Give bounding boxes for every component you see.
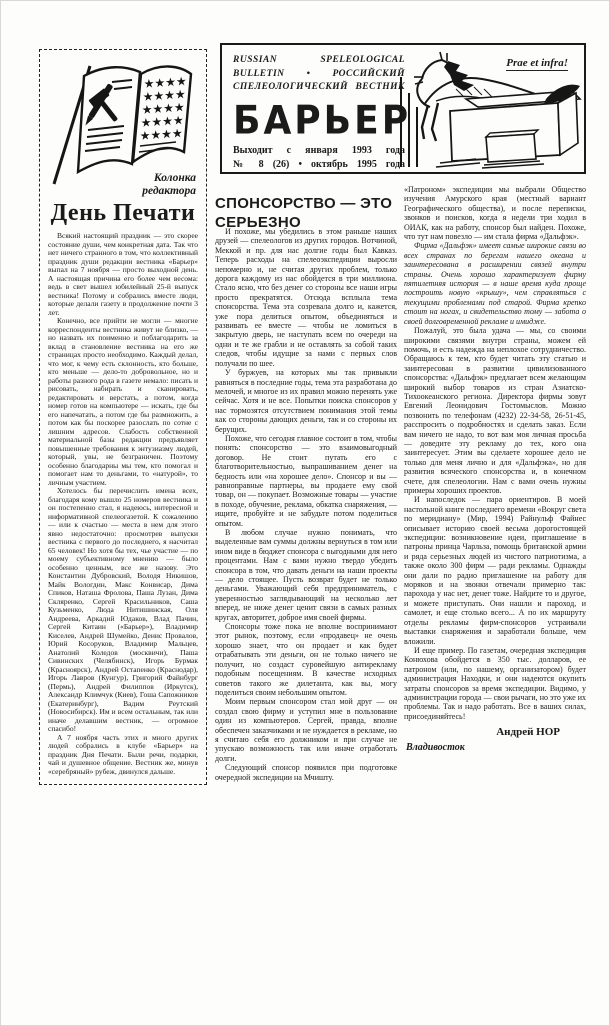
editor-paragraph: Всякий настоящий праздник — это скорее с… [48, 232, 198, 317]
paper-name: БАРЬЕР [233, 101, 405, 142]
editor-paragraph: Конечно, все прийти не могли — многие ко… [48, 317, 198, 487]
editor-article-body: Всякий настоящий праздник — это скорее с… [48, 232, 198, 776]
article-paragraph: И еще пример. По газетам, очередная эксп… [404, 646, 586, 721]
article-paragraph: И похоже, мы убедились в этом раньше наш… [215, 227, 397, 368]
article-location: Владивосток [406, 742, 586, 753]
article-paragraph: И напоследок — пара ориентиров. В моей н… [404, 495, 586, 646]
article-column-right-body: «Патроном» экспедиции мы выбрали Обществ… [404, 185, 586, 721]
editor-paragraph: Хотелось бы перечислить имена всех, благ… [48, 487, 198, 734]
issue-info-line: Выходит с января 1993 года [233, 144, 405, 159]
article-paragraph: Пожалуй, это была удача — мы, со своими … [404, 326, 586, 495]
article-author: Андрей НОР [404, 726, 560, 738]
editor-column-box: ★★★★ ★★★★ ★★★★ ★★★★ ★★★★ Колонка редакто… [39, 49, 207, 785]
article-paragraph: «Патроном» экспедиции мы выбрали Обществ… [404, 185, 586, 241]
bulletin-subtitle-line: СПЕЛЕОЛОГИЧЕСКИЙ ВЕСТНИК [233, 81, 405, 95]
kicker-editor-column: Колонка редактора [118, 172, 196, 198]
bulletin-subtitle-line: RUSSIAN SPELEOLOGICAL [233, 54, 405, 68]
masthead-titles: RUSSIAN SPELEOLOGICALBULLETIN • РОССИЙСК… [233, 54, 405, 173]
article-paragraph: В любом случае нужно понимать, что выдел… [215, 528, 397, 622]
article-paragraph: Похоже, что сегодня главное состоит в то… [215, 434, 397, 528]
bulletin-subtitle-line: BULLETIN • РОССИЙСКИЙ [233, 68, 405, 82]
article-paragraph: Спонсоры тоже пока не вполне воспринимаю… [215, 622, 397, 697]
article-paragraph: У буржуев, на которых мы так привыкли ра… [215, 368, 397, 434]
article-paragraph: Моим первым спонсором стал мой друг — он… [215, 697, 397, 763]
article-paragraph: Фирма «Дальфэк» имеет самые широкие связ… [404, 241, 586, 326]
newspapers-hammer-pen-illustration: ★★★★ ★★★★ ★★★★ ★★★★ ★★★★ [48, 58, 198, 186]
masthead: RUSSIAN SPELEOLOGICALBULLETIN • РОССИЙСК… [220, 43, 586, 174]
issue-info: Выходит с января 1993 года№ 8 (26) • окт… [233, 144, 405, 173]
editor-paragraph: А 7 ноября часть этих и много других люд… [48, 734, 198, 777]
article-column-middle: И похоже, мы убедились в этом раньше наш… [215, 227, 397, 782]
bulletin-subtitle: RUSSIAN SPELEOLOGICALBULLETIN • РОССИЙСК… [233, 54, 405, 95]
svg-text:★★★★: ★★★★ [139, 126, 183, 143]
article-column-right: «Патроном» экспедиции мы выбрали Обществ… [404, 185, 586, 753]
editor-article-title: День Печати [48, 200, 198, 226]
newspaper-page-scan: ★★★★ ★★★★ ★★★★ ★★★★ ★★★★ Колонка редакто… [0, 0, 609, 1026]
issue-info-line: № 8 (26) • октябрь 1995 года [233, 158, 405, 173]
masthead-motto: Prae et infra! [506, 57, 568, 71]
article-paragraph: Следующий спонсор появился при подготовк… [215, 763, 397, 782]
